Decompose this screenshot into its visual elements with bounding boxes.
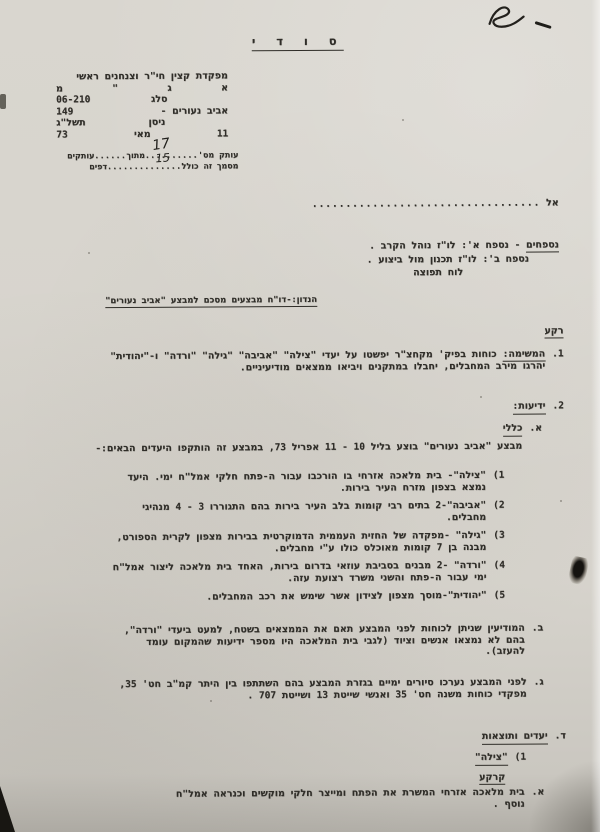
item-marker: 2): [493, 500, 505, 523]
annex-a-text: - נספח א': לו"ז נוהל הקרב .: [369, 240, 526, 252]
general-paragraph: מבצע "אביב נעורים" בוצע בליל 10 - 11 אפר…: [80, 441, 522, 455]
target-list: 1) "צילה"- בית מלאכה אזרחי בו הורכבו עבו…: [104, 470, 505, 611]
copy-info-block: עותק מס'..........מתוך......עותקים מסמך …: [56, 149, 238, 172]
copies-word: עותקים: [67, 151, 94, 160]
scan-speck: [560, 500, 562, 502]
date-year: 73: [56, 129, 68, 141]
item-marker: ב.: [532, 623, 544, 658]
item-marker: 3): [493, 530, 505, 553]
date-day: 11: [217, 128, 229, 140]
dotted-leader: ......: [94, 151, 126, 160]
intelligence-item: ב. המודיעין שניתן לכוחות לפני המבצע תאם …: [106, 623, 543, 660]
annexes-title: נספחים: [526, 239, 559, 252]
general-heading: א. כללי: [503, 423, 542, 437]
mission-text: כוחות בפיק' מקחצ"ר יפשטו על יעדי "צילה" …: [110, 349, 545, 373]
item-marker: 1.: [552, 348, 564, 371]
item-marker: א.: [532, 787, 545, 810]
hebrew-year: תשל"ג: [56, 117, 85, 129]
workshop-item: א. בית מלאכה אזרחי המשרת את הפתח ומייצר …: [152, 787, 544, 812]
unit-name: מפקדת קצין חי"ר וצנחנים ראשי: [56, 70, 228, 83]
handwritten-tick: [535, 21, 552, 29]
branch-letter: ": [112, 83, 118, 95]
pages-word: דפים: [89, 162, 107, 171]
handwritten-page-count: 15: [155, 152, 170, 164]
item-marker: 4): [493, 560, 505, 583]
background-heading: רקע: [544, 325, 563, 337]
hebrew-month: ניסן: [148, 117, 165, 129]
result-target-title: 1) "צילה": [475, 752, 526, 766]
patrols-item: ג. לפני המבצע נערכו סיורים ימיים בגזרת ה…: [107, 677, 544, 703]
ground-heading: קרקע: [479, 772, 505, 784]
item-marker: 2.: [552, 400, 564, 414]
scanned-document-page: ס ו ד י מפקדת קצין חי"ר וצנחנים ראשי א ג…: [0, 0, 600, 832]
file-label: סלג: [151, 94, 168, 106]
mission-item: 1. המשימה:כוחות בפיק' מקחצ"ר יפשטו על יע…: [90, 348, 564, 374]
of-word: מתוך: [126, 151, 145, 160]
item-marker: 5): [494, 590, 506, 602]
subject-file-label: אביב נעורים -: [161, 105, 229, 117]
item-marker: 1): [515, 752, 527, 766]
subject-label: הנדון:-: [286, 295, 317, 305]
scan-edge-mark: [0, 94, 6, 109]
target-item: 5) "יהודית"-מוסך מצפון לצידון אשר שימש א…: [105, 590, 505, 604]
date-month: מאי: [134, 128, 151, 140]
to-dots: ..................................: [312, 198, 541, 210]
item-marker: א.: [529, 423, 542, 437]
item-marker: ג.: [534, 677, 544, 700]
branch-letter: א: [221, 82, 228, 94]
scan-speck: [480, 396, 482, 398]
annex-item-a: נספחים - נספח א': לו"ז נוהל הקרב .: [367, 238, 559, 253]
subject-file-row: אביב נעורים - 149: [56, 105, 228, 118]
results-heading: ד. יעדים ותוצאות: [482, 730, 566, 744]
mission-body: המשימה:כוחות בפיק' מקחצ"ר יפשטו על יעדי …: [90, 349, 546, 375]
copy-prefix: עותק מס': [198, 150, 238, 159]
to-label: אל: [546, 197, 559, 208]
target-name: "צילה": [475, 752, 508, 766]
gregorian-date-row: 11 מאי 73: [56, 128, 228, 141]
scan-speck: [210, 700, 212, 702]
scan-speck: [88, 252, 90, 254]
classification-text: ס ו ד י: [252, 34, 344, 52]
subject-file-number: 149: [56, 106, 73, 118]
to-field: אל ..................................: [312, 197, 559, 210]
target-item: 3) "גילה" -מפקדה של החזית העממית הדמוקרט…: [105, 530, 505, 555]
annex-list: נספחים - נספח א': לו"ז נוהל הקרב . נספח …: [367, 238, 560, 280]
classification-header: ס ו ד י: [0, 34, 598, 50]
file-number: 06-210: [56, 94, 90, 106]
subject-text: דו"ח מבצעים מסכם למבצע "אביב נעורים": [105, 295, 286, 306]
letterhead: מפקדת קצין חי"ר וצנחנים ראשי א ג " מ סלג…: [56, 70, 228, 140]
pages-prefix: מסמך זה כולל: [182, 161, 239, 170]
item-marker: ד.: [555, 730, 566, 744]
target-item: 4) "ורדה" -2 מבנים בסביבת עוזאי בדרום בי…: [105, 560, 505, 585]
page-count-line: מסמך זה כולל..............דפים: [56, 160, 238, 172]
annex-item-b: נספח ב': לו"ז תכנון מול ביצוע .: [367, 252, 559, 267]
paper-edge-highlight: [591, 0, 600, 832]
branch-letter: ג: [167, 82, 171, 94]
distribution-note: לוח תפוצה: [367, 265, 559, 280]
branch-letter: מ: [56, 83, 63, 95]
scan-speck: [402, 119, 404, 121]
information-heading: 2. ידיעות:: [512, 400, 564, 414]
handwritten-scribble: [483, 2, 529, 36]
item-marker: 1): [493, 470, 505, 493]
target-item: 2) "אביבה"-2 בתים רבי קומות בלב העיר ביר…: [105, 500, 505, 525]
subject-line: הנדון:-דו"ח מבצעים מסכם למבצע "אביב נעור…: [105, 295, 317, 308]
target-item: 1) "צילה"- בית מלאכה אזרחי בו הורכבו עבו…: [104, 470, 504, 495]
